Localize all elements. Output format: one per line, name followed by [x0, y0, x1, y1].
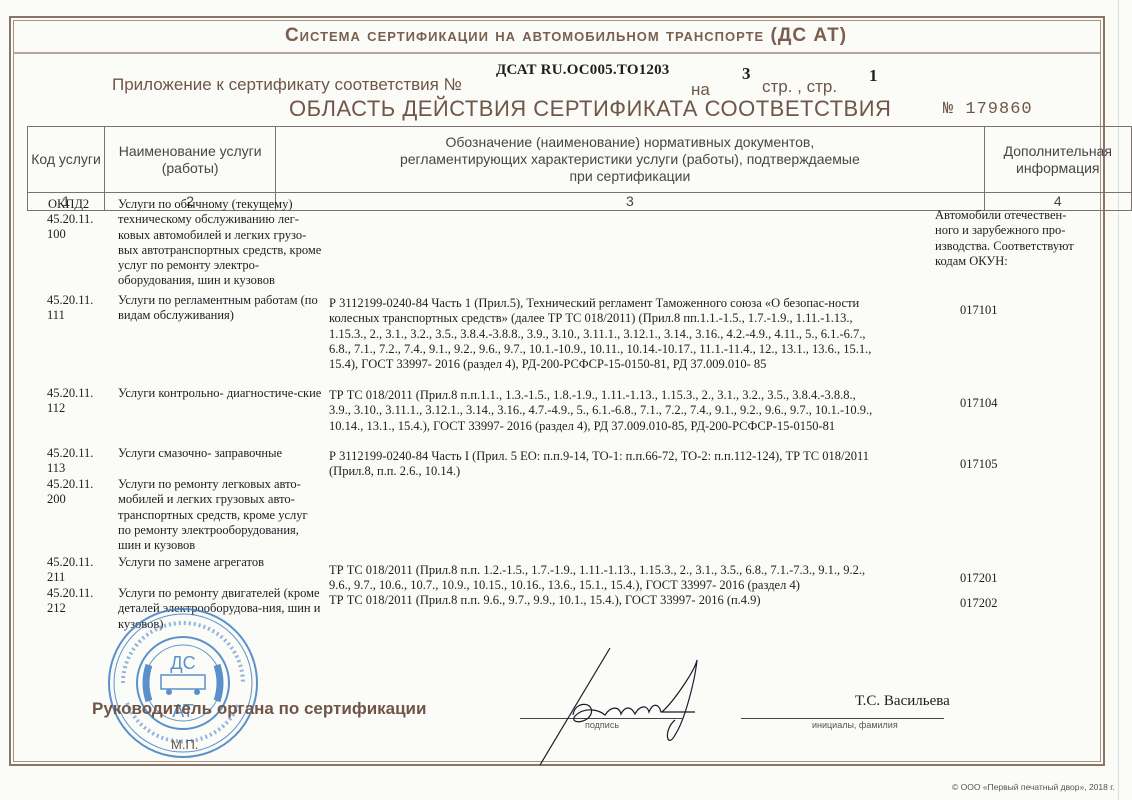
row-norms: ТР ТС 018/2011 (Прил.8 п.п.1.1., 1.3.-1.… — [329, 388, 879, 434]
row-service-name: Услуги по обычному (текущему) техническо… — [118, 197, 323, 289]
scan-edge — [1118, 0, 1119, 800]
page-current: 1 — [869, 66, 878, 86]
row-okun-code: 017201 — [960, 571, 998, 586]
scope-title: ОБЛАСТЬ ДЕЙСТВИЯ СЕРТИФИКАТА СООТВЕТСТВИ… — [289, 96, 891, 122]
stamp-place-label: М.П. — [171, 737, 198, 752]
row-okun-code: 017105 — [960, 457, 998, 472]
row-code: 45.20.11. 112 — [47, 386, 107, 417]
row-service-name: Услуги смазочно- заправочные — [118, 446, 323, 461]
row-okun-code: 017104 — [960, 396, 998, 411]
signer-name: Т.С. Васильева — [855, 693, 950, 710]
general-info: Автомобили отечествен-ного и зарубежного… — [935, 208, 1085, 269]
signature-icon — [535, 640, 735, 770]
registration-number: № 179860 — [943, 100, 1033, 119]
system-title: Система сертификации на автомобильном тр… — [0, 25, 1132, 47]
row-service-name: Услуги по регламентным работам (по видам… — [118, 293, 323, 324]
row-code: 45.20.11. 111 — [47, 293, 107, 324]
copyright: © ООО «Первый печатный двор», 2018 г. — [952, 782, 1115, 792]
row-code: 45.20.11. 212 — [47, 586, 107, 617]
row-code: 45.20.11. 113 — [47, 446, 107, 477]
header-divider — [13, 52, 1101, 54]
row-code: 45.20.11. 211 — [47, 555, 107, 586]
row-service-name: Услуги контрольно- диагностиче-ские — [118, 386, 323, 401]
head-of-body-label: Руководитель органа по сертификации — [92, 699, 426, 719]
row-norms: Р 3112199-0240-84 Часть 1 (Прил.5), Техн… — [329, 296, 879, 372]
column-header-info: Дополнительная информация — [984, 127, 1131, 193]
column-header-code: Код услуги — [28, 127, 105, 193]
page-label: стр. , стр. — [762, 77, 837, 97]
certificate-number: ДСАТ RU.ОС005.ТО1203 — [496, 62, 670, 79]
name-caption: инициалы, фамилия — [812, 720, 898, 730]
row-code: 45.20.11. 100 — [47, 212, 107, 243]
row-okun-code: 017101 — [960, 303, 998, 318]
name-line — [741, 718, 944, 719]
row-norms: ТР ТС 018/2011 (Прил.8 п.п. 9.6., 9.7., … — [329, 593, 879, 608]
row-norms: Р 3112199-0240-84 Часть I (Прил. 5 ЕО: п… — [329, 449, 879, 480]
column-number-3: 3 — [276, 193, 984, 211]
annex-label: Приложение к сертификату соответствия № — [112, 75, 462, 95]
row-code: 45.20.11. 200 — [47, 477, 107, 508]
stamp-text-top: ДС — [170, 653, 195, 673]
row-service-name: Услуги по замене агрегатов — [118, 555, 323, 570]
row-norms: ТР ТС 018/2011 (Прил.8 п.п. 1.2.-1.5., 1… — [329, 563, 879, 594]
classifier-label: ОКПД2 — [48, 197, 89, 212]
column-header-norms: Обозначение (наименование) нормативных д… — [276, 127, 984, 193]
row-okun-code: 017202 — [960, 596, 998, 611]
pages-total: 3 — [742, 64, 751, 84]
row-service-name: Услуги по ремонту легковых авто-мобилей … — [118, 477, 323, 553]
column-header-service: Наименование услуги (работы) — [105, 127, 276, 193]
